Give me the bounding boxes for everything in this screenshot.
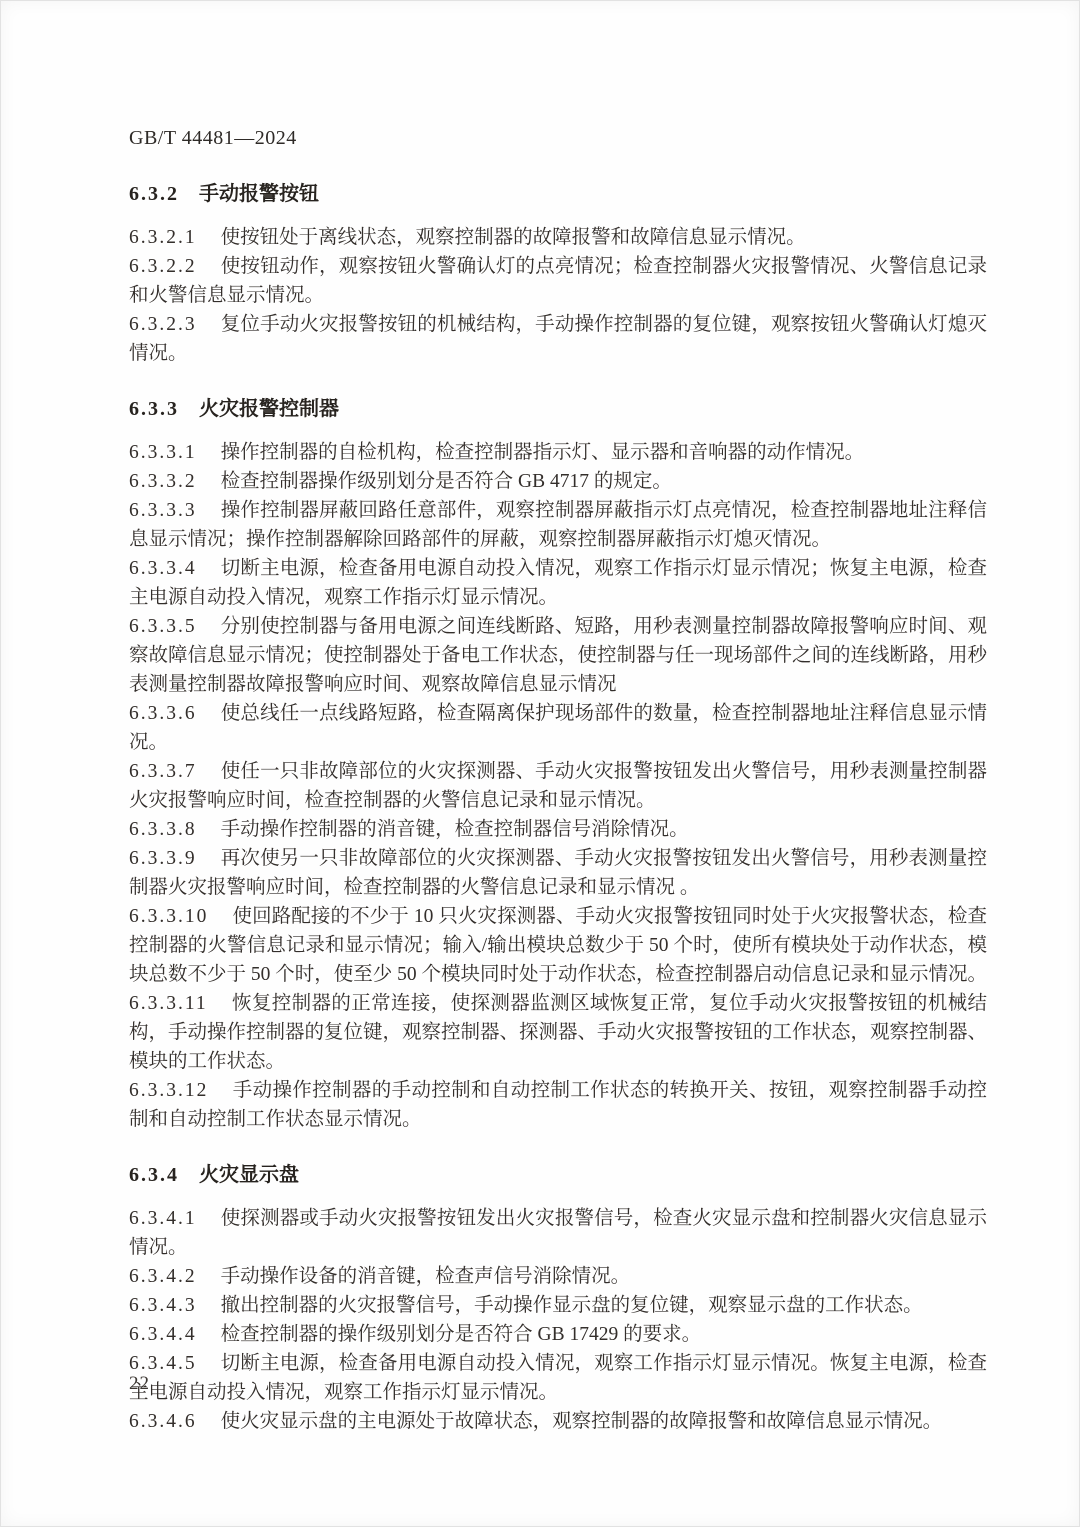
section-heading: 6.3.3火灾报警控制器 [129,395,987,424]
clause-number: 6.3.3.5 [129,616,197,637]
clause-text: 使按钮处于离线状态，观察控制器的故障报警和故障信息显示情况。 [221,227,806,248]
clause-text: 切断主电源，检查备用电源自动投入情况，观察工作指示灯显示情况。恢复主电源，检查主… [129,1353,987,1403]
clause: 6.3.3.2检查控制器操作级别划分是否符合 GB 4717 的规定。 [129,467,987,496]
clause-text: 分别使控制器与备用电源之间连线断路、短路，用秒表测量控制器故障报警响应时间、观察… [129,616,987,695]
clause: 6.3.3.7使任一只非故障部位的火灾探测器、手动火灾报警按钮发出火警信号，用秒… [129,757,987,815]
clause-number: 6.3.2.1 [129,227,197,248]
clause-number: 6.3.3.9 [129,848,197,869]
clause-text: 再次使另一只非故障部位的火灾探测器、手动火灾报警按钮发出火警信号，用秒表测量控制… [129,848,987,898]
clause: 6.3.3.5分别使控制器与备用电源之间连线断路、短路，用秒表测量控制器故障报警… [129,612,987,699]
clause-number: 6.3.4.3 [129,1295,197,1316]
clause-text: 使任一只非故障部位的火灾探测器、手动火灾报警按钮发出火警信号，用秒表测量控制器火… [129,761,987,811]
clause-number: 6.3.3.8 [129,819,197,840]
page-content: GB/T 44481—2024 6.3.2手动报警按钮 6.3.2.1使按钮处于… [1,1,1079,1436]
clause-number: 6.3.3.12 [129,1080,208,1101]
clause-number: 6.3.3.6 [129,703,197,724]
clause-number: 6.3.4.1 [129,1208,197,1229]
clause-number: 6.3.4.5 [129,1353,197,1374]
section-6-3-3: 6.3.3火灾报警控制器 6.3.3.1操作控制器的自检机构，检查控制器指示灯、… [129,395,987,1134]
clause: 6.3.3.10使回路配接的不少于 10 只火灾探测器、手动火灾报警按钮同时处于… [129,902,987,989]
clause-text: 恢复控制器的正常连接，使探测器监测区域恢复正常，复位手动火灾报警按钮的机械结构，… [129,993,987,1072]
section-heading: 6.3.2手动报警按钮 [129,180,987,209]
clause-text: 手动操作控制器的手动控制和自动控制工作状态的转换开关、按钮，观察控制器手动控制和… [129,1080,987,1130]
clause: 6.3.4.4检查控制器的操作级别划分是否符合 GB 17429 的要求。 [129,1320,987,1349]
section-6-3-4: 6.3.4火灾显示盘 6.3.4.1使探测器或手动火灾报警按钮发出火灾报警信号，… [129,1161,987,1436]
clause-number: 6.3.4.6 [129,1411,197,1432]
section-title: 手动报警按钮 [199,183,319,205]
clause: 6.3.4.2手动操作设备的消音键，检查声信号消除情况。 [129,1262,987,1291]
section-number: 6.3.4 [129,1164,179,1186]
clause-number: 6.3.2.3 [129,314,197,335]
clause-text: 检查控制器操作级别划分是否符合 GB 4717 的规定。 [221,471,672,492]
clause-number: 6.3.3.11 [129,993,208,1014]
clause-text: 操作控制器屏蔽回路任意部件，观察控制器屏蔽指示灯点亮情况，检查控制器地址注释信息… [129,500,987,550]
clause-text: 手动操作设备的消音键，检查声信号消除情况。 [221,1266,631,1287]
clause-number: 6.3.4.2 [129,1266,197,1287]
clause-number: 6.3.3.4 [129,558,197,579]
clause: 6.3.3.4切断主电源，检查备用电源自动投入情况，观察工作指示灯显示情况；恢复… [129,554,987,612]
clause-text: 检查控制器的操作级别划分是否符合 GB 17429 的要求。 [221,1324,701,1345]
section-number: 6.3.2 [129,183,179,205]
clause: 6.3.2.1使按钮处于离线状态，观察控制器的故障报警和故障信息显示情况。 [129,223,987,252]
clause: 6.3.3.12手动操作控制器的手动控制和自动控制工作状态的转换开关、按钮，观察… [129,1076,987,1134]
clause: 6.3.3.8手动操作控制器的消音键，检查控制器信号消除情况。 [129,815,987,844]
clause: 6.3.3.1操作控制器的自检机构，检查控制器指示灯、显示器和音响器的动作情况。 [129,438,987,467]
clause-number: 6.3.3.3 [129,500,197,521]
clause: 6.3.4.6使火灾显示盘的主电源处于故障状态，观察控制器的故障报警和故障信息显… [129,1407,987,1436]
section-title: 火灾报警控制器 [199,398,339,420]
clause: 6.3.2.2使按钮动作，观察按钮火警确认灯的点亮情况；检查控制器火灾报警情况、… [129,252,987,310]
section-heading: 6.3.4火灾显示盘 [129,1161,987,1190]
clause-text: 撤出控制器的火灾报警信号，手动操作显示盘的复位键，观察显示盘的工作状态。 [221,1295,923,1316]
clause-text: 使回路配接的不少于 10 只火灾探测器、手动火灾报警按钮同时处于火灾报警状态，检… [129,906,987,985]
clause: 6.3.4.3撤出控制器的火灾报警信号，手动操作显示盘的复位键，观察显示盘的工作… [129,1291,987,1320]
clause: 6.3.3.11恢复控制器的正常连接，使探测器监测区域恢复正常，复位手动火灾报警… [129,989,987,1076]
clause-text: 切断主电源，检查备用电源自动投入情况，观察工作指示灯显示情况；恢复主电源，检查主… [129,558,987,608]
page-number: 22 [129,1373,150,1395]
clause-text: 手动操作控制器的消音键，检查控制器信号消除情况。 [221,819,689,840]
clause-text: 使按钮动作，观察按钮火警确认灯的点亮情况；检查控制器火灾报警情况、火警信息记录和… [129,256,987,306]
clause: 6.3.3.9再次使另一只非故障部位的火灾探测器、手动火灾报警按钮发出火警信号，… [129,844,987,902]
clause: 6.3.3.6使总线任一点线路短路，检查隔离保护现场部件的数量，检查控制器地址注… [129,699,987,757]
document-page: GB/T 44481—2024 6.3.2手动报警按钮 6.3.2.1使按钮处于… [0,0,1080,1527]
standard-number-header: GB/T 44481—2024 [129,123,987,153]
clause-text: 使探测器或手动火灾报警按钮发出火灾报警信号，检查火灾显示盘和控制器火灾信息显示情… [129,1208,987,1258]
clause-number: 6.3.3.2 [129,471,197,492]
clause-number: 6.3.2.2 [129,256,197,277]
clause-number: 6.3.4.4 [129,1324,197,1345]
section-6-3-2: 6.3.2手动报警按钮 6.3.2.1使按钮处于离线状态，观察控制器的故障报警和… [129,180,987,368]
clause-number: 6.3.3.7 [129,761,197,782]
clause: 6.3.4.1使探测器或手动火灾报警按钮发出火灾报警信号，检查火灾显示盘和控制器… [129,1204,987,1262]
section-title: 火灾显示盘 [199,1164,299,1186]
clause-text: 使总线任一点线路短路，检查隔离保护现场部件的数量，检查控制器地址注释信息显示情况… [129,703,987,753]
clause: 6.3.2.3复位手动火灾报警按钮的机械结构，手动操作控制器的复位键，观察按钮火… [129,310,987,368]
clause: 6.3.3.3操作控制器屏蔽回路任意部件，观察控制器屏蔽指示灯点亮情况，检查控制… [129,496,987,554]
section-number: 6.3.3 [129,398,179,420]
clause: 6.3.4.5切断主电源，检查备用电源自动投入情况，观察工作指示灯显示情况。恢复… [129,1349,987,1407]
clause-number: 6.3.3.10 [129,906,208,927]
clause-number: 6.3.3.1 [129,442,197,463]
clause-text: 复位手动火灾报警按钮的机械结构，手动操作控制器的复位键，观察按钮火警确认灯熄灭情… [129,314,987,364]
clause-text: 使火灾显示盘的主电源处于故障状态，观察控制器的故障报警和故障信息显示情况。 [221,1411,943,1432]
clause-text: 操作控制器的自检机构，检查控制器指示灯、显示器和音响器的动作情况。 [221,442,865,463]
